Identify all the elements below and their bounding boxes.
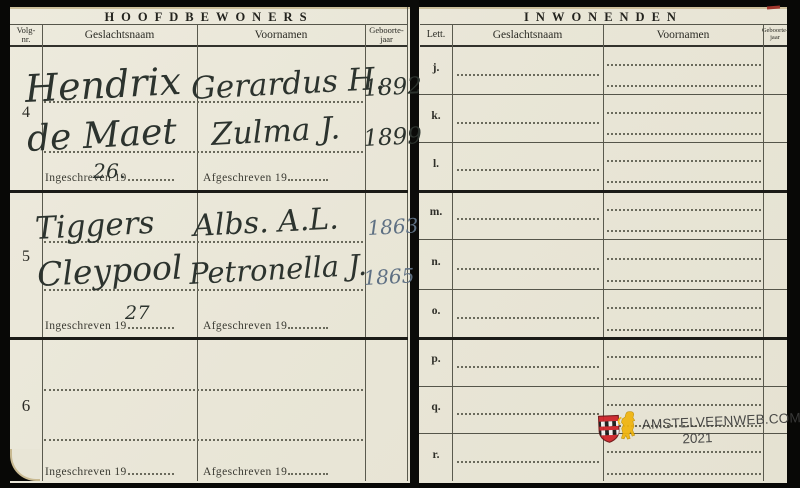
watermark-site-text: AMSTELVEENWEB.COM [641,410,800,432]
ingeschreven-year-handwritten: 27 [125,304,150,323]
letter-label: l. [420,158,452,170]
letter-label: q. [420,401,452,413]
letter-label: j. [420,62,452,74]
writing-line [607,355,761,358]
afgeschreven-text: Afgeschreven 19 [203,466,287,478]
column-header-volgnr: Volg- nr. [10,24,42,46]
writing-line [607,306,761,309]
letter-label: p. [420,353,452,365]
surname-handwritten: Hendrix [24,62,182,108]
dotted-blank [128,464,174,475]
afgeschreven-text: Afgeschreven 19 [203,172,287,184]
row-separator [419,337,787,340]
letter-label: r. [420,449,452,461]
dotted-blank [128,170,174,181]
birth-year-handwritten: 1863 [367,215,419,238]
surname-handwritten: de Maet [26,114,178,158]
surname-handwritten: Tiggers [34,208,155,245]
writing-line [607,377,761,380]
writing-line [607,472,761,475]
writing-line [607,208,761,211]
writing-line [457,73,599,76]
writing-line [607,132,761,135]
inwonenden-title: INWONENDEN [420,10,787,24]
given-names-handwritten: Zulma J. [210,113,340,151]
volgnr-line2: nr. [22,34,31,44]
afgeschreven-label: Afgeschreven 19 [203,464,328,478]
writing-line [607,84,761,87]
letter-label: k. [420,110,452,122]
dotted-blank [288,318,328,329]
geboortejaar-r-line2: jaar [770,34,780,41]
column-header-voornamen-left: Voornamen [197,24,365,46]
hoofdbewoners-title: HOOFDBEWONERS [10,10,408,24]
row-separator [10,190,408,193]
ingeschreven-text: Ingeschreven 19 [45,320,127,332]
writing-line [457,316,599,319]
afgeschreven-text: Afgeschreven 19 [203,320,287,332]
letter-label: m. [420,206,452,218]
ingeschreven-label: Ingeschreven 19 27 [45,318,174,332]
surname-handwritten: Cleypool [36,250,183,291]
given-names-handwritten: Albs. A.L. [192,204,339,242]
dotted-blank [288,170,328,181]
writing-line [457,365,599,368]
writing-line [607,257,761,260]
writing-line [457,412,599,415]
column-header-voornamen-right: Voornamen [603,24,763,46]
writing-line [607,63,761,66]
row-separator [10,337,408,340]
row-separator [419,190,787,193]
writing-line [607,159,761,162]
writing-line [607,279,761,282]
scanned-register-page: HOOFDBEWONERS INWONENDEN Volg- nr. Gesla… [0,0,800,488]
writing-line [457,168,599,171]
writing-line [607,229,761,232]
writing-line [457,121,599,124]
watermark-year-text: 2021 [682,430,713,446]
grid-line [452,24,453,481]
writing-line [607,328,761,331]
writing-line [607,111,761,114]
row-line [419,94,787,95]
ingeschreven-year-handwritten: 26. [93,161,126,181]
dotted-blank [288,464,328,475]
row-line [419,386,787,387]
column-header-lett: Lett. [420,24,452,46]
writing-line [607,180,761,183]
writing-line [44,388,363,391]
row-line [419,239,787,240]
column-header-geslachtsnaam-right: Geslachtsnaam [452,24,603,46]
birth-year-handwritten: 1865 [363,265,415,288]
column-header-geslachtsnaam-left: Geslachtsnaam [42,24,197,46]
column-header-geboortejaar-left: Geboorte- jaar [365,24,408,46]
afgeschreven-label: Afgeschreven 19 [203,170,328,184]
row-number: 6 [10,396,42,416]
writing-line [457,267,599,270]
page-corner-curl [10,449,40,481]
writing-line [44,438,363,441]
afgeschreven-label: Afgeschreven 19 [203,318,328,332]
birth-year-handwritten: 1892 [363,75,423,101]
lion-icon [616,409,640,446]
writing-line [457,217,599,220]
ingeschreven-label: Ingeschreven 19 [45,464,174,478]
amstelveenweb-watermark: AMSTELVEENWEB.COM 2021 [597,403,784,453]
geboortejaar-line2: jaar [380,34,393,44]
row-line [419,142,787,143]
birth-year-handwritten: 1899 [363,125,423,151]
letter-label: o. [420,305,452,317]
ingeschreven-label: Ingeschreven 19 26. [45,170,174,184]
row-line [419,289,787,290]
ingeschreven-text: Ingeschreven 19 [45,466,127,478]
writing-line [457,460,599,463]
letter-label: n. [420,256,452,268]
column-header-geboortejaar-right: Geboorte- jaar [763,24,787,46]
